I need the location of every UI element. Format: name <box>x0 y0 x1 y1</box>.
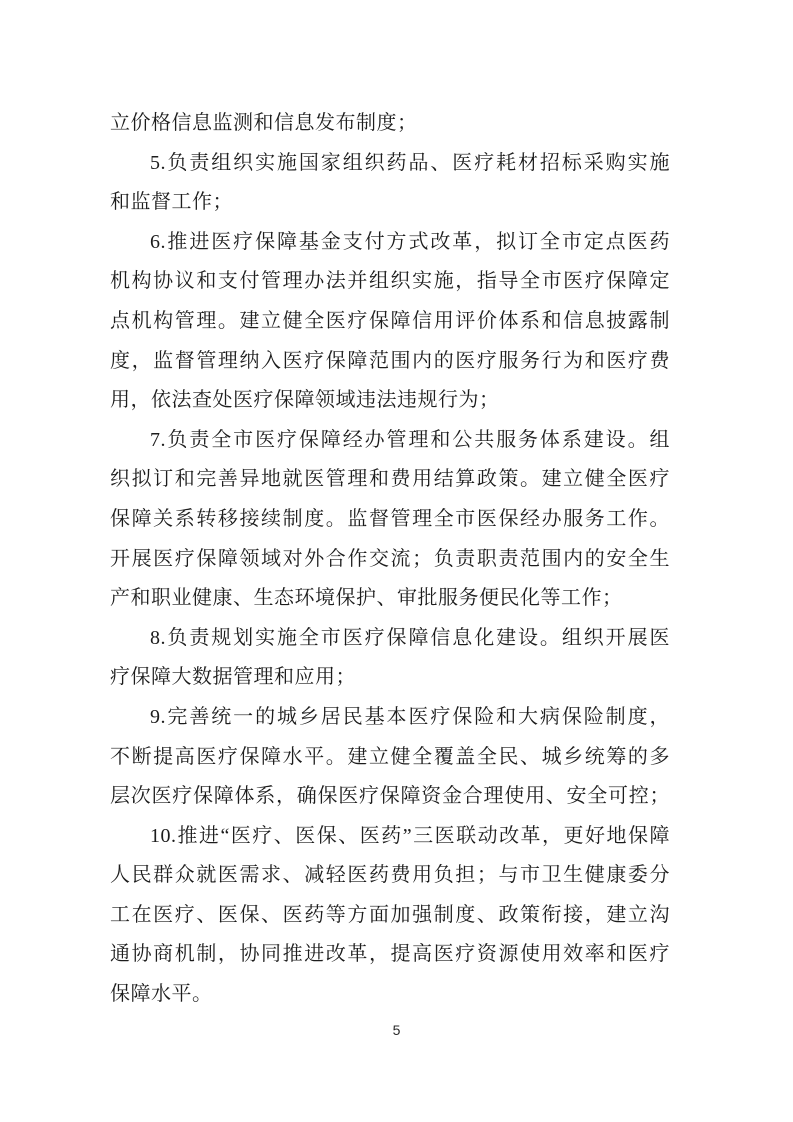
text-line: 5.负责组织实施国家组织药品、医疗耗材招标采购实施 <box>110 144 670 184</box>
text-line: 织拟订和完善异地就医管理和费用结算政策。建立健全医疗 <box>110 460 670 500</box>
text-line: 点机构管理。建立健全医疗保障信用评价体系和信息披露制 <box>110 302 670 342</box>
text-line: 开展医疗保障领域对外合作交流；负责职责范围内的安全生 <box>110 540 670 580</box>
page-number: 5 <box>0 1022 793 1038</box>
document-page: 立价格信息监测和信息发布制度；5.负责组织实施国家组织药品、医疗耗材招标采购实施… <box>0 0 793 1122</box>
text-line: 通协商机制，协同推进改革，提高医疗资源使用效率和医疗 <box>110 935 670 975</box>
text-line: 度，监督管理纳入医疗保障范围内的医疗服务行为和医疗费 <box>110 342 670 382</box>
text-line: 9.完善统一的城乡居民基本医疗保险和大病保险制度， <box>110 698 670 738</box>
text-line: 工在医疗、医保、医药等方面加强制度、政策衔接，建立沟 <box>110 896 670 936</box>
text-line: 7.负责全市医疗保障经办管理和公共服务体系建设。组 <box>110 421 670 461</box>
text-line: 10.推进“医疗、医保、医药”三医联动改革，更好地保障 <box>110 817 670 857</box>
text-line: 不断提高医疗保障水平。建立健全覆盖全民、城乡统筹的多 <box>110 738 670 778</box>
text-line: 和监督工作； <box>110 183 670 223</box>
text-line: 疗保障大数据管理和应用； <box>110 658 670 698</box>
text-line: 立价格信息监测和信息发布制度； <box>110 104 670 144</box>
text-line: 6.推进医疗保障基金支付方式改革，拟订全市定点医药 <box>110 223 670 263</box>
text-line: 层次医疗保障体系，确保医疗保障资金合理使用、安全可控； <box>110 777 670 817</box>
text-line: 用，依法查处医疗保障领域违法违规行为； <box>110 381 670 421</box>
text-line: 人民群众就医需求、减轻医药费用负担；与市卫生健康委分 <box>110 856 670 896</box>
text-line: 保障水平。 <box>110 975 670 1015</box>
text-line: 8.负责规划实施全市医疗保障信息化建设。组织开展医 <box>110 619 670 659</box>
document-body: 立价格信息监测和信息发布制度；5.负责组织实施国家组织药品、医疗耗材招标采购实施… <box>110 104 670 1015</box>
text-line: 机构协议和支付管理办法并组织实施，指导全市医疗保障定 <box>110 262 670 302</box>
text-line: 产和职业健康、生态环境保护、审批服务便民化等工作； <box>110 579 670 619</box>
text-line: 保障关系转移接续制度。监督管理全市医保经办服务工作。 <box>110 500 670 540</box>
